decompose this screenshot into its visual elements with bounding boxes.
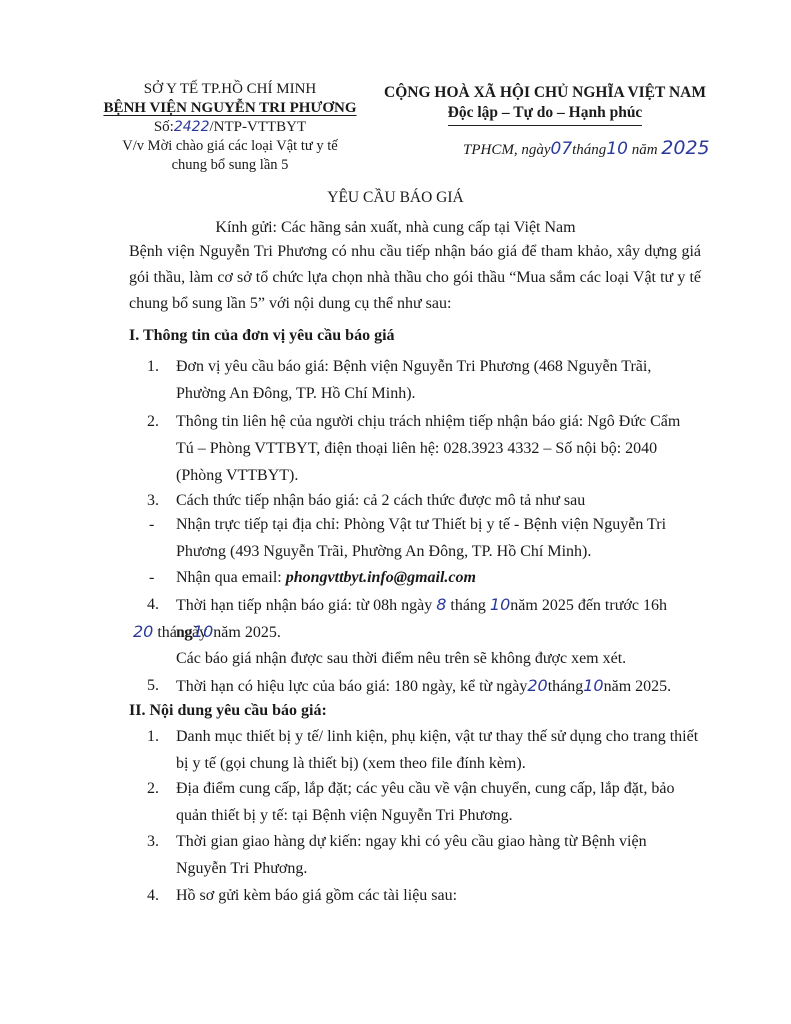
list-item: 2. Địa điểm cung cấp, lắp đặt; các yêu c… — [147, 775, 701, 829]
deadline-note: Các báo giá nhận được sau thời điểm nêu … — [176, 645, 626, 672]
list-item: - Nhận trực tiếp tại địa chỉ: Phòng Vật … — [149, 511, 701, 565]
document-title: YÊU CẦU BÁO GIÁ — [0, 189, 791, 207]
issuer-block: SỞ Y TẾ TP.HỒ CHÍ MINH BỆNH VIỆN NGUYỄN … — [100, 80, 360, 175]
handwritten-year: 2025 — [661, 137, 709, 159]
list-item: - Nhận qua email: phongvttbyt.info@gmail… — [149, 564, 701, 591]
subject-line-2: chung bổ sung lần 5 — [100, 156, 360, 175]
national-header: CỘNG HOÀ XÃ HỘI CHỦ NGHĨA VIỆT NAM Độc l… — [375, 83, 715, 126]
handwritten-end-day: 20 — [133, 622, 153, 641]
handwritten-day: 07 — [551, 139, 573, 159]
document-number: Số:2422/NTP-VTTBYT — [100, 118, 360, 137]
handwritten-valid-day: 20 — [527, 676, 547, 695]
list-item: 4. Hồ sơ gửi kèm báo giá gồm các tài liệ… — [147, 882, 701, 909]
handwritten-end-month: 10 — [193, 622, 213, 641]
handwritten-month: 10 — [606, 139, 628, 159]
ministry-name: SỞ Y TẾ TP.HỒ CHÍ MINH — [100, 80, 360, 99]
handwritten-start-day: 8 — [436, 595, 446, 614]
greeting: Kính gửi: Các hãng sản xuất, nhà cung cấ… — [0, 219, 791, 237]
motto: Độc lập – Tự do – Hạnh phúc — [448, 103, 643, 126]
email-link[interactable]: phongvttbyt.info@gmail.com — [286, 569, 476, 586]
country-name: CỘNG HOÀ XÃ HỘI CHỦ NGHĨA VIỆT NAM — [375, 83, 715, 103]
handwritten-doc-number: 2422 — [174, 119, 210, 135]
list-item: 3. Cách thức tiếp nhận báo giá: cả 2 các… — [147, 487, 701, 514]
handwritten-valid-month: 10 — [583, 676, 603, 695]
deadline-continuation: 20 tháng10năm 2025. — [133, 618, 281, 646]
list-item: 1. Đơn vị yêu cầu báo giá: Bệnh viện Ngu… — [147, 353, 701, 407]
handwritten-start-month: 10 — [490, 595, 510, 614]
list-item: 1. Danh mục thiết bị y tế/ linh kiện, ph… — [147, 723, 701, 777]
section-1-heading: I. Thông tin của đơn vị yêu cầu báo giá — [129, 327, 395, 345]
list-item: 5. Thời hạn có hiệu lực của báo giá: 180… — [147, 672, 701, 700]
subject-line-1: V/v Mời chào giá các loại Vật tư y tế — [100, 137, 360, 156]
list-item: 3. Thời gian giao hàng dự kiến: ngay khi… — [147, 828, 701, 882]
document-date: TPHCM, ngày07tháng10 năm 2025 — [463, 137, 710, 159]
list-item: 2. Thông tin liên hệ của người chịu trác… — [147, 408, 701, 489]
section-2-heading: II. Nội dung yêu cầu báo giá: — [129, 702, 327, 720]
intro-paragraph: Bệnh viện Nguyễn Tri Phương có nhu cầu t… — [129, 239, 701, 317]
hospital-name: BỆNH VIỆN NGUYỄN TRI PHƯƠNG — [100, 99, 360, 118]
